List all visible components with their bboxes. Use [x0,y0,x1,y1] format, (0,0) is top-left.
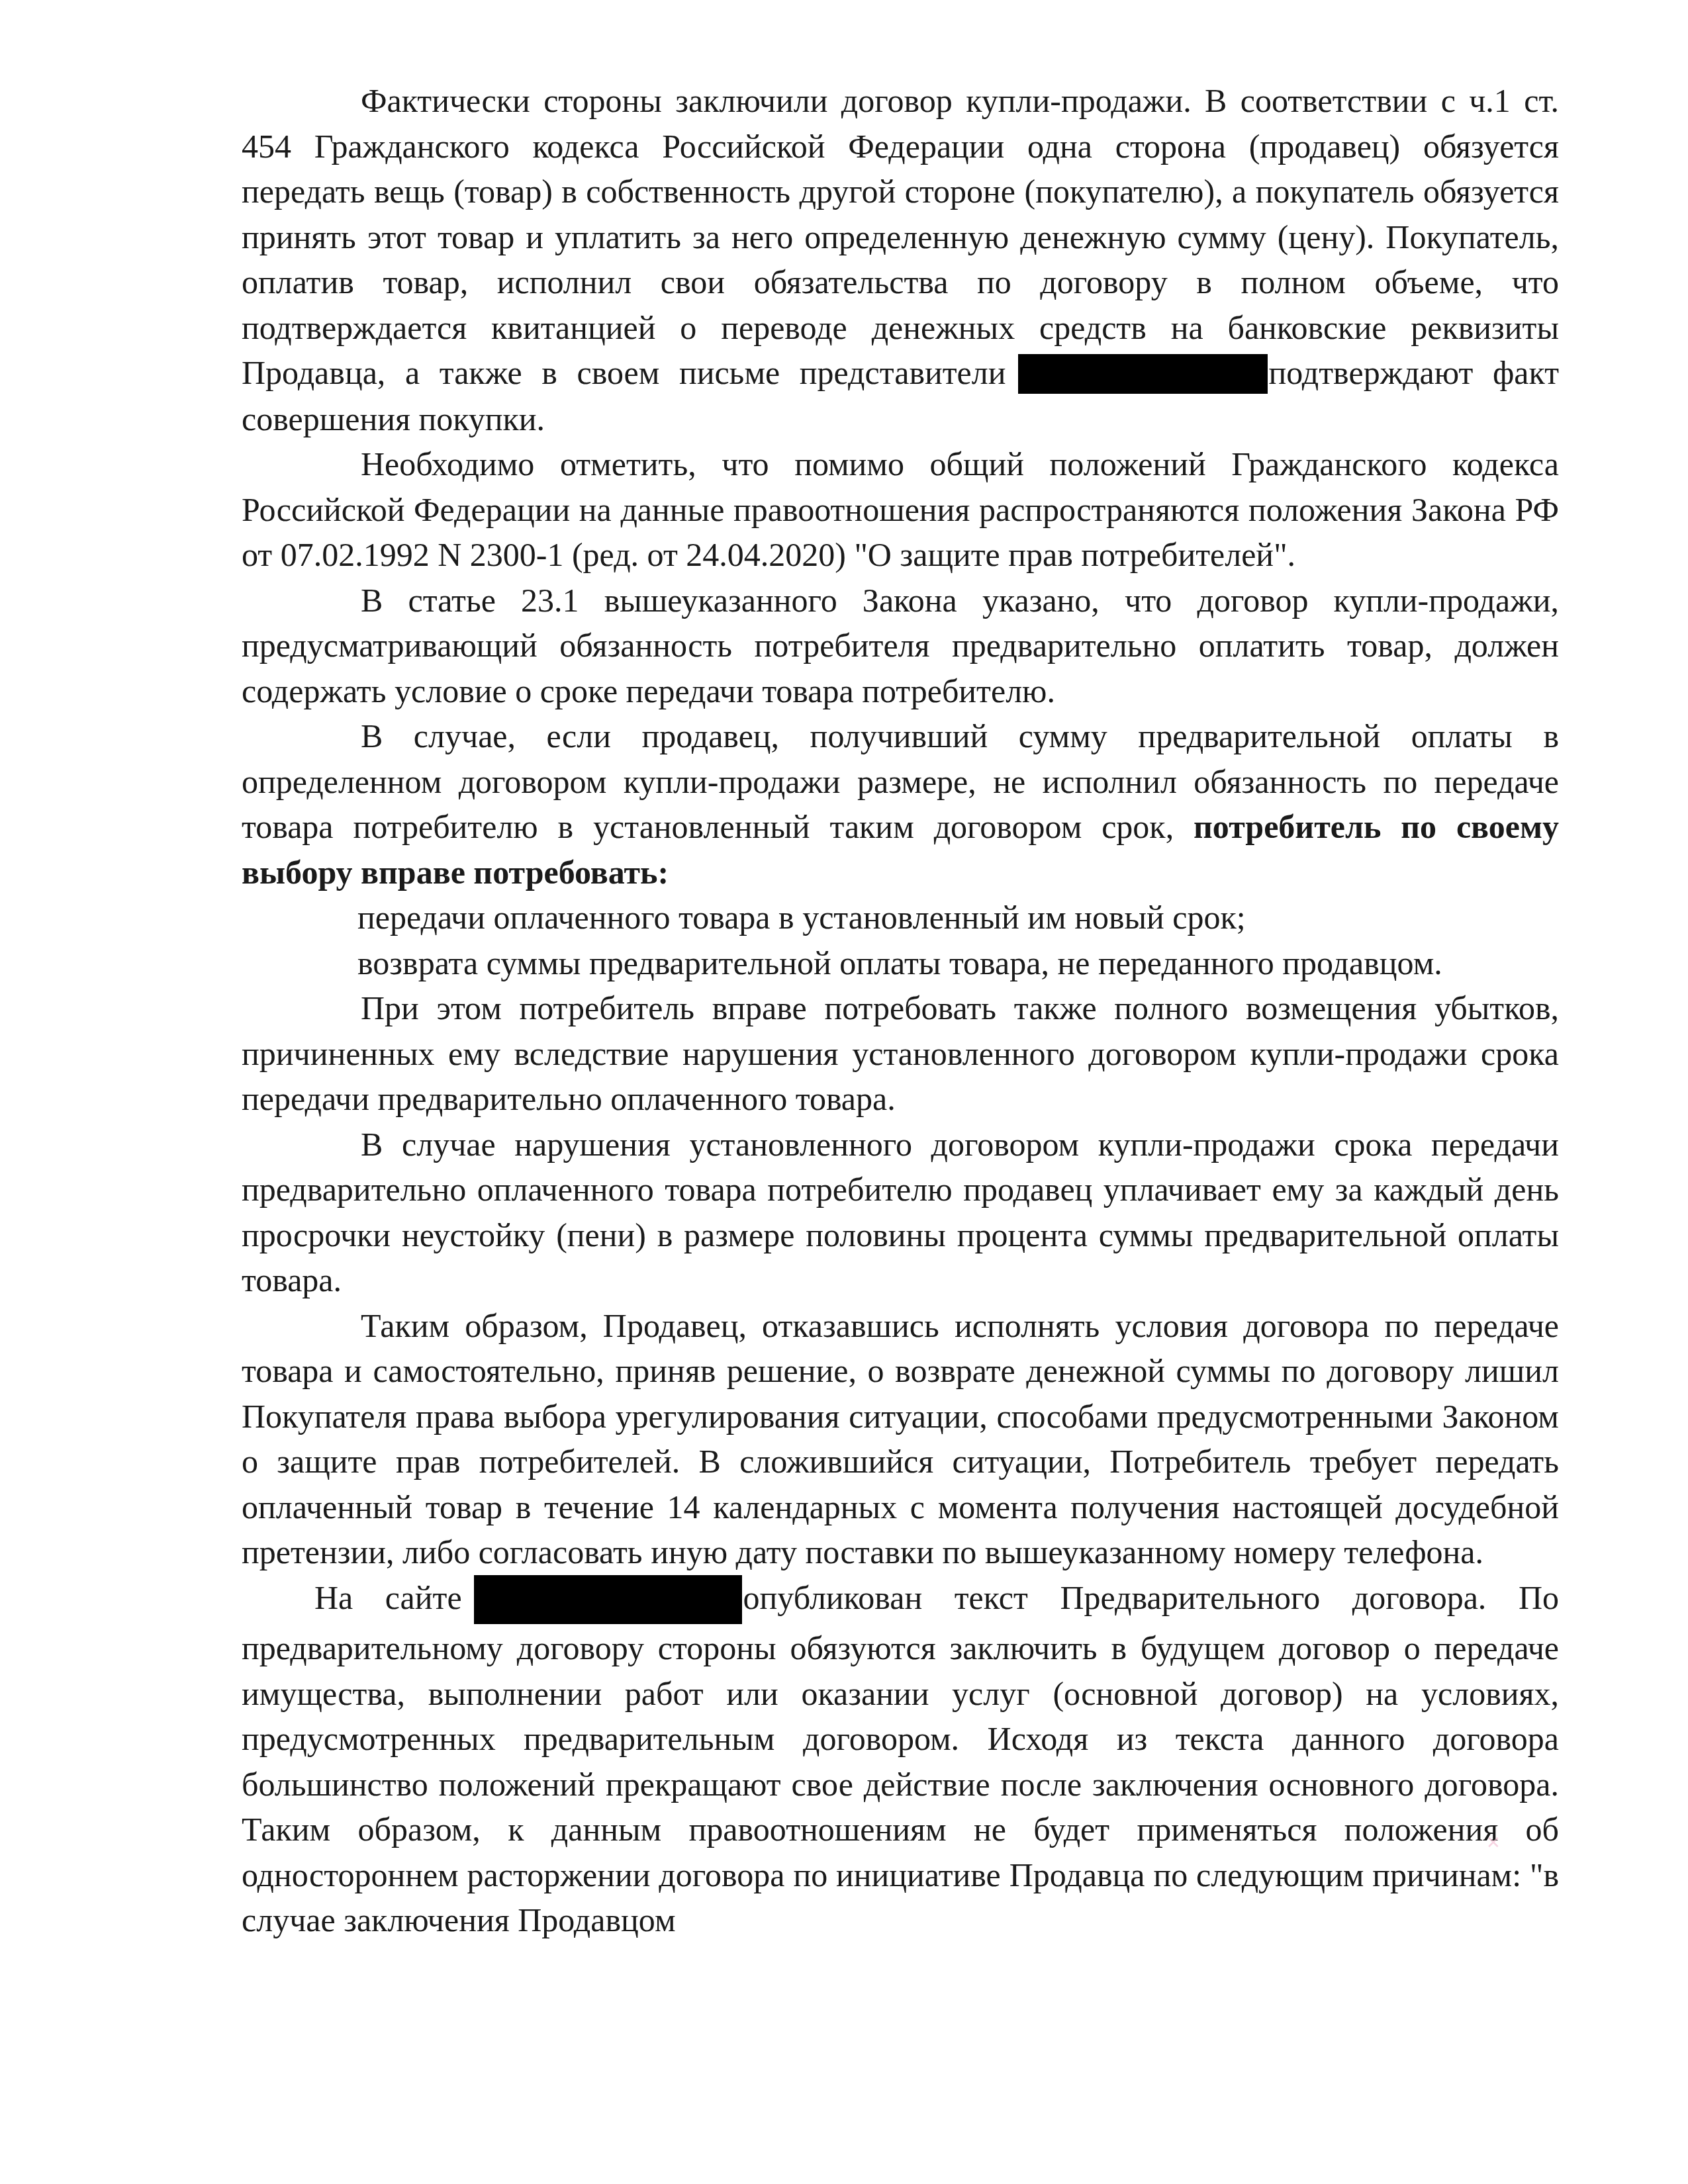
paragraph-preliminary-contract: На сайтеопубликован текст Предварительно… [242,1575,1559,1943]
paragraph-text: На сайте [314,1579,462,1616]
paragraph-damages: При этом потребитель вправе потребовать … [242,985,1559,1122]
redaction-box [474,1575,742,1624]
paragraph-consumer-law: Необходимо отметить, что помимо общий по… [242,441,1559,578]
paragraph-sale-contract: Фактически стороны заключили договор куп… [242,78,1559,441]
document-page: Фактически стороны заключили договор куп… [242,78,1559,1943]
list-item-refund: возврата суммы предварительной оплаты то… [242,940,1559,986]
redaction-box [1018,354,1268,394]
paragraph-penalty: В случае нарушения установленного догово… [242,1122,1559,1303]
stamp-mark: ✕ [1486,1833,1501,1854]
paragraph-conclusion: Таким образом, Продавец, отказавшись исп… [242,1303,1559,1575]
paragraph-prepayment-case: В случае, если продавец, получивший сумм… [242,713,1559,895]
paragraph-text: опубликован текст Предварительного догов… [242,1579,1559,1939]
paragraph-text: Фактически стороны заключили договор куп… [242,82,1559,391]
paragraph-article-23-1: В статье 23.1 вышеуказанного Закона указ… [242,578,1559,714]
list-item-new-term: передачи оплаченного товара в установлен… [242,895,1559,940]
